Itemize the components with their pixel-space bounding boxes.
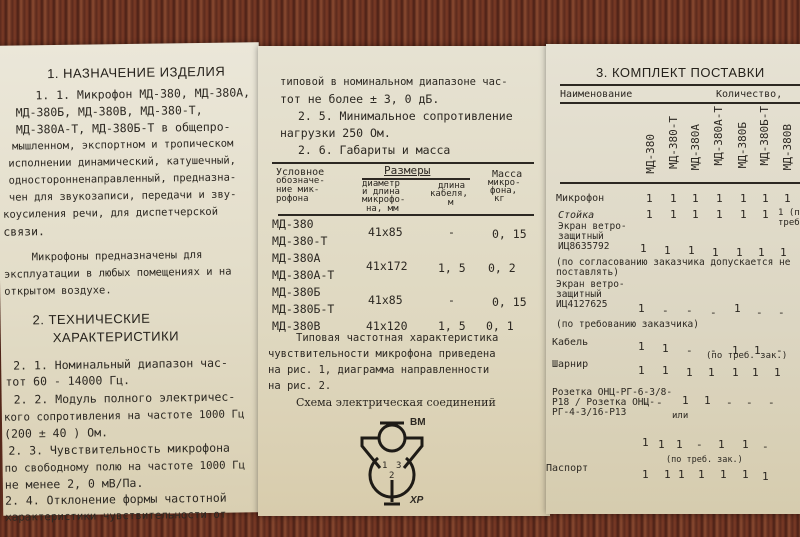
label-bm: BM [410,414,426,432]
qty: 1 [662,364,669,377]
qty: 1 [734,302,741,315]
qty: 1 [774,366,781,379]
qty: 1 [642,436,649,449]
mass-value: 0, 15 [492,294,527,312]
qty: 1 [708,366,715,379]
model-column-header: МД-380-Т [667,116,680,169]
document-page-left: 1. НАЗНАЧЕНИЕ ИЗДЕЛИЯ 1. 1. Микрофон МД-… [0,42,265,516]
section-2-title: ХАРАКТЕРИСТИКИ [53,327,179,346]
qty: 1 [692,208,699,221]
model-name: МД-380А-Т [272,267,334,285]
row-name: Шарнир [552,356,588,374]
text-line: тот не более ± 3, 0 дБ. [280,91,439,109]
qty: 1 [704,394,711,407]
qty: 1 [752,366,759,379]
qty: - [726,396,733,409]
cable-value: - [448,224,455,242]
pin-label: 3 [396,458,401,476]
qty: 1 [742,468,749,481]
row-name: Экран ветро-защитный ИЦ4127625 [556,280,636,310]
qty: 1 [762,208,769,221]
qty: - [656,396,663,409]
model-name: МД-380Б-Т [272,301,334,319]
qty: 1 [664,244,671,257]
header-model: рофона [276,195,309,204]
pin-label: 2 [389,468,394,486]
document-page-middle: типовой в номинальном диапазоне час- тот… [258,46,550,516]
microphone-connector-schematic-icon [354,416,464,516]
qty: - [762,440,769,453]
qty: 1 [692,192,699,205]
qty: - [710,306,717,319]
model-column-header: МД-380А [689,124,702,170]
text-line: коусиления речи, для диспетчерской [3,204,218,224]
qty: - [642,396,649,409]
row-name: Микрофон [556,190,604,208]
model-name: МД-380А [272,250,320,268]
model-name: МД-380 [272,216,314,234]
text-line: тот 60 - 14000 Гц. [5,372,130,391]
row-note: (по согласованию заказчика допускается н… [556,258,800,278]
qty: 1 [640,242,647,255]
header-qty: Количество, [716,86,782,104]
qty: 1 [740,192,747,205]
text-line: нагрузки 250 Ом. [280,125,391,143]
text-line: на рис. 2. [268,378,331,396]
mass-value: 0, 2 [488,260,516,278]
document-page-right: 3. КОМПЛЕКТ ПОСТАВКИ Наименование Количе… [546,44,800,514]
label-xp: XP [410,492,423,510]
qty: - [768,396,775,409]
row-name: Кабель [552,334,588,352]
text-line: 2. 6. Габариты и масса [298,142,450,160]
qty: 1 [718,438,725,451]
qty: 1 [646,208,653,221]
qty: 1 [762,470,769,483]
text-line: (200 ± 40 ) Ом. [4,424,108,443]
text-line: Типовая частотная характеристика [296,330,498,348]
row-note: или [672,408,688,426]
pin-label: 1 [382,458,387,476]
size-value: 41х85 [368,292,403,310]
model-column-header: МД-380 [644,134,657,174]
qty: 1 [658,438,665,451]
qty: 1 [742,438,749,451]
size-value: 41х85 [368,224,403,242]
text-line: характеристики чувствительности от [5,506,226,527]
qty: 1 [662,342,669,355]
schema-title: Схема электрическая соединений [296,394,496,412]
table-header-rule [278,214,534,216]
qty: - [778,306,785,319]
text-line: чувствительности микрофона приведена [268,346,496,364]
header-diameter: на, мм [366,205,399,214]
qty: - [756,306,763,319]
text-line: на рис. 1, диаграмма направленности [268,362,489,380]
row-name: Паспорт [546,460,588,478]
row-note: (по требованию заказчика) [556,316,699,334]
text-line: связи. [3,223,45,241]
section-3-title: 3. КОМПЛЕКТ ПОСТАВКИ [596,64,765,82]
text-line: кого сопротивления на частоте 1000 Гц [4,405,245,426]
qty: 1 [698,468,705,481]
qty: 1 [638,302,645,315]
qty: 1 [638,364,645,377]
qty: 1 [664,468,671,481]
text-line: эксплуатации в любых помещениях и на [4,264,232,285]
header-cable: м [448,199,453,208]
qty: 1 [688,244,695,257]
model-column-header: МД-380А-Т [712,106,725,166]
size-value: 41х172 [366,258,408,276]
qty: 1 [732,366,739,379]
qty: - [746,396,753,409]
text-line: типовой в номинальном диапазоне час- [280,74,508,92]
section-1-title: 1. НАЗНАЧЕНИЕ ИЗДЕЛИЯ [47,63,225,83]
qty: 1 [716,192,723,205]
qty: 1 [686,366,693,379]
qty: 1 [676,438,683,451]
header-name: Наименование [560,86,632,104]
qty: 1 [642,468,649,481]
qty: 1 [740,208,747,221]
row-note: (по треб. зак.) [666,452,743,470]
text-line: 2. 5. Минимальное сопротивление [298,108,513,126]
qty: - [696,438,703,451]
row-note: (по треб. зак.) [706,348,787,366]
model-name: МД-380-Т [272,233,327,251]
qty: 1 (по треб. [778,208,800,228]
model-column-header: МД-380Б-Т [758,106,771,166]
qty: - [686,344,693,357]
text-line: открытом воздухе. [4,282,112,301]
columns-rule [560,182,800,184]
header-rule [560,102,800,104]
qty: 1 [762,192,769,205]
qty: 1 [784,192,791,205]
qty: 1 [638,340,645,353]
qty: 1 [716,208,723,221]
model-column-header: МД-380В [781,124,794,170]
qty: 1 [720,468,727,481]
row-name: Экран ветро-защитный ИЦ8635792 [558,222,648,252]
cable-value: 1, 5 [438,260,466,278]
text-line: 1. 1. Микрофон МД-380, МД-380А, [35,84,250,104]
header-mass: кг [494,195,505,204]
qty: 1 [678,468,685,481]
section-2-title: 2. ТЕХНИЧЕСКИЕ [32,310,150,329]
model-column-header: МД-380Б [736,122,749,168]
mass-value: 0, 15 [492,226,527,244]
qty: 1 [670,192,677,205]
qty: 1 [646,192,653,205]
header-sizes: Размеры [384,162,430,180]
model-name: МД-380Б [272,284,320,302]
qty: 1 [682,394,689,407]
wiring-schematic: BM 1 3 2 XP [354,416,464,516]
cable-value: - [448,292,455,310]
qty: 1 [670,208,677,221]
